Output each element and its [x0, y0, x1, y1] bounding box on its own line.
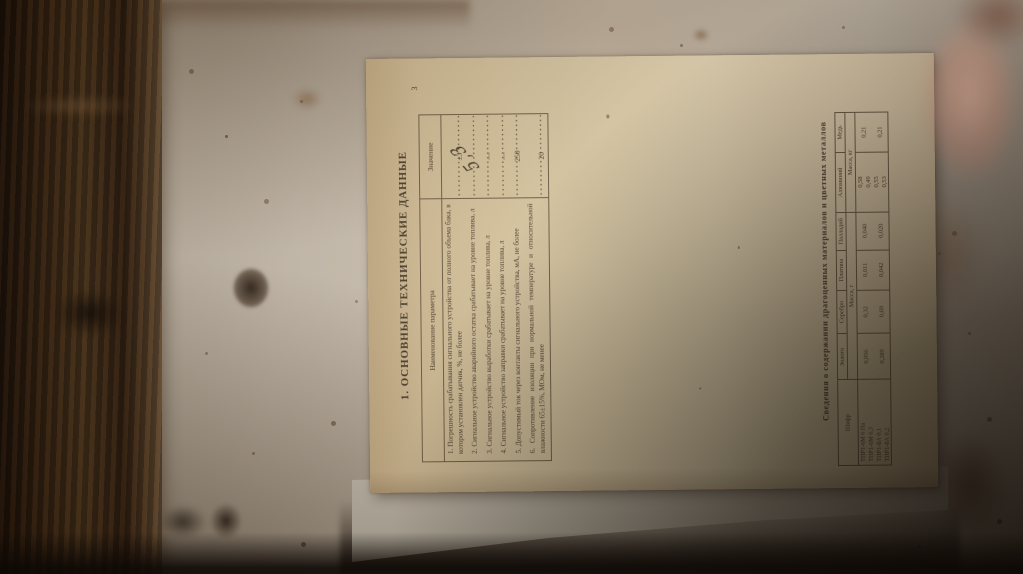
bottom-shadow — [0, 532, 1023, 574]
vignette-bottom-right — [0, 0, 1023, 574]
photo-scene: 3 1. ОСНОВНЫЕ ТЕХНИЧЕСКИЕ ДАННЫЕ Наимено… — [0, 0, 1023, 574]
